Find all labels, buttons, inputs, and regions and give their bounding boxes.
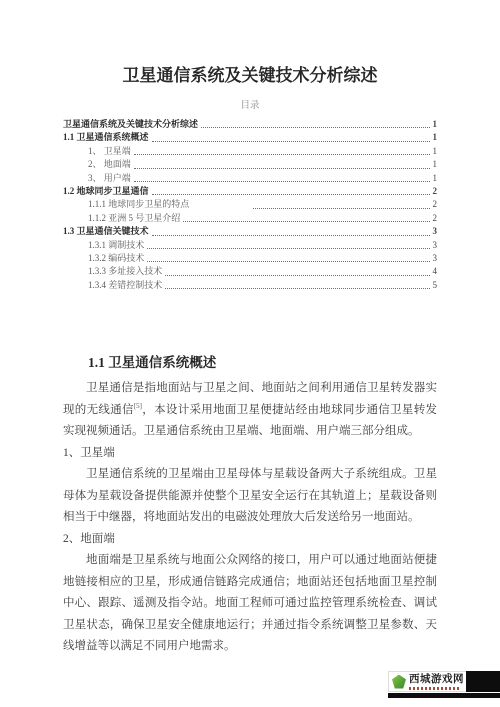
toc-entry-label: 1.3.4 差错控制技术 xyxy=(88,279,162,292)
toc-page-number: 3 xyxy=(433,225,438,238)
toc-page-number: 2 xyxy=(433,212,438,225)
toc-entry-label: 1.1 卫星通信系统概述 xyxy=(63,131,149,144)
watermark-badge: 西城游戏网 xyxy=(388,671,466,692)
toc-entry: 1.3 卫星通信关键技术 3 xyxy=(63,225,437,238)
watermark-caption-strip xyxy=(409,687,461,690)
toc-entry-label: 1.3.2 编码技术 xyxy=(88,252,144,265)
toc-page-number: 3 xyxy=(433,239,438,252)
document-body: 卫星通信是指地面站与卫星之间、地面站之间利用通信卫星转发器实现的无线通信[5]，… xyxy=(63,378,437,658)
toc-dot-leader xyxy=(152,141,430,142)
citation-superscript: [5] xyxy=(134,402,142,410)
body-paragraph: 地面端是卫星系统与地面公众网络的接口，用户可以通过地面站便捷地链接相应的卫星，形… xyxy=(63,550,437,658)
document-page: 卫星通信系统及关键技术分析综述 目录 卫星通信系统及关键技术分析综述 1 1.1… xyxy=(0,0,500,707)
toc-entry: 1.1.1 地球同步卫星的特点 2 xyxy=(63,198,437,211)
toc-dot-leader xyxy=(134,154,430,155)
toc-entry-label: 1.1.2 亚洲 5 号卫星介绍 xyxy=(88,212,180,225)
watermark-bottom-bar xyxy=(388,693,500,698)
table-of-contents: 卫星通信系统及关键技术分析综述 1 1.1 卫星通信系统概述 1 1、 卫星端 … xyxy=(63,118,437,292)
toc-entry: 1.3.3 多址接入技术 4 xyxy=(63,265,437,278)
toc-entry-label: 1.1.1 地球同步卫星的特点 xyxy=(88,198,189,211)
toc-page-number: 1 xyxy=(433,172,438,185)
toc-page-number: 1 xyxy=(433,158,438,171)
toc-dot-leader xyxy=(201,127,429,128)
toc-entry-label: 卫星通信系统及关键技术分析综述 xyxy=(63,118,198,131)
toc-page-number: 5 xyxy=(433,279,438,292)
toc-entry-label: 3、 用户端 xyxy=(88,172,131,185)
body-paragraph: 卫星通信系统的卫星端由卫星母体与星载设备两大子系统组成。卫星母体为星载设备提供能… xyxy=(63,464,437,529)
toc-dot-leader xyxy=(183,221,429,222)
watermark-site-name: 西城游戏网 xyxy=(409,674,464,685)
toc-page-number: 3 xyxy=(433,252,438,265)
watermark-bar: 西城游戏网 xyxy=(388,671,500,692)
toc-page-number: 4 xyxy=(433,265,438,278)
toc-entry: 3、 用户端 1 xyxy=(63,172,437,185)
list-item-label: 1、卫星端 xyxy=(63,443,437,465)
toc-dot-leader xyxy=(152,235,430,236)
toc-dot-leader xyxy=(134,181,430,182)
toc-entry-label: 1.3.3 多址接入技术 xyxy=(88,265,162,278)
site-watermark: 西城游戏网 xyxy=(388,671,500,698)
toc-dot-leader xyxy=(152,194,430,195)
toc-entry-label: 1.3 卫星通信关键技术 xyxy=(63,225,149,238)
toc-heading: 目录 xyxy=(0,97,500,111)
toc-entry: 1.1 卫星通信系统概述 1 xyxy=(63,131,437,144)
watermark-text-column: 西城游戏网 xyxy=(409,674,464,690)
toc-entry: 2、 地面端 1 xyxy=(63,158,437,171)
toc-entry-label: 1.2 地球同步卫星通信 xyxy=(63,185,149,198)
toc-entry-label: 1.3.1 调制技术 xyxy=(88,239,144,252)
section-heading: 1.1 卫星通信系统概述 xyxy=(88,351,437,371)
toc-dot-leader xyxy=(165,288,429,289)
watermark-black-block xyxy=(466,671,500,692)
toc-dot-leader xyxy=(147,261,429,262)
toc-entry: 1.3.1 调制技术 3 xyxy=(63,239,437,252)
list-item-label: 2、地面端 xyxy=(63,529,437,551)
toc-page-number: 1 xyxy=(433,131,438,144)
toc-dot-leader xyxy=(253,208,429,209)
watermark-logo-icon xyxy=(392,675,406,689)
toc-entry: 1.3.4 差错控制技术 5 xyxy=(63,279,437,292)
toc-entry: 1.1.2 亚洲 5 号卫星介绍 2 xyxy=(63,212,437,225)
toc-dot-leader xyxy=(165,275,429,276)
toc-dot-leader xyxy=(134,168,430,169)
body-paragraph: 卫星通信是指地面站与卫星之间、地面站之间利用通信卫星转发器实现的无线通信[5]，… xyxy=(63,378,437,443)
toc-page-number: 1 xyxy=(433,145,438,158)
toc-entry-label: 1、 卫星端 xyxy=(88,145,131,158)
toc-entry: 1.2 地球同步卫星通信 2 xyxy=(63,185,437,198)
toc-entry-label: 2、 地面端 xyxy=(88,158,131,171)
document-title: 卫星通信系统及关键技术分析综述 xyxy=(0,0,500,86)
toc-entry: 1.3.2 编码技术 3 xyxy=(63,252,437,265)
toc-entry: 1、 卫星端 1 xyxy=(63,145,437,158)
toc-entry: 卫星通信系统及关键技术分析综述 1 xyxy=(63,118,437,131)
toc-page-number: 2 xyxy=(433,198,438,211)
toc-page-number: 2 xyxy=(433,185,438,198)
toc-page-number: 1 xyxy=(433,118,438,131)
toc-dot-leader xyxy=(147,248,429,249)
